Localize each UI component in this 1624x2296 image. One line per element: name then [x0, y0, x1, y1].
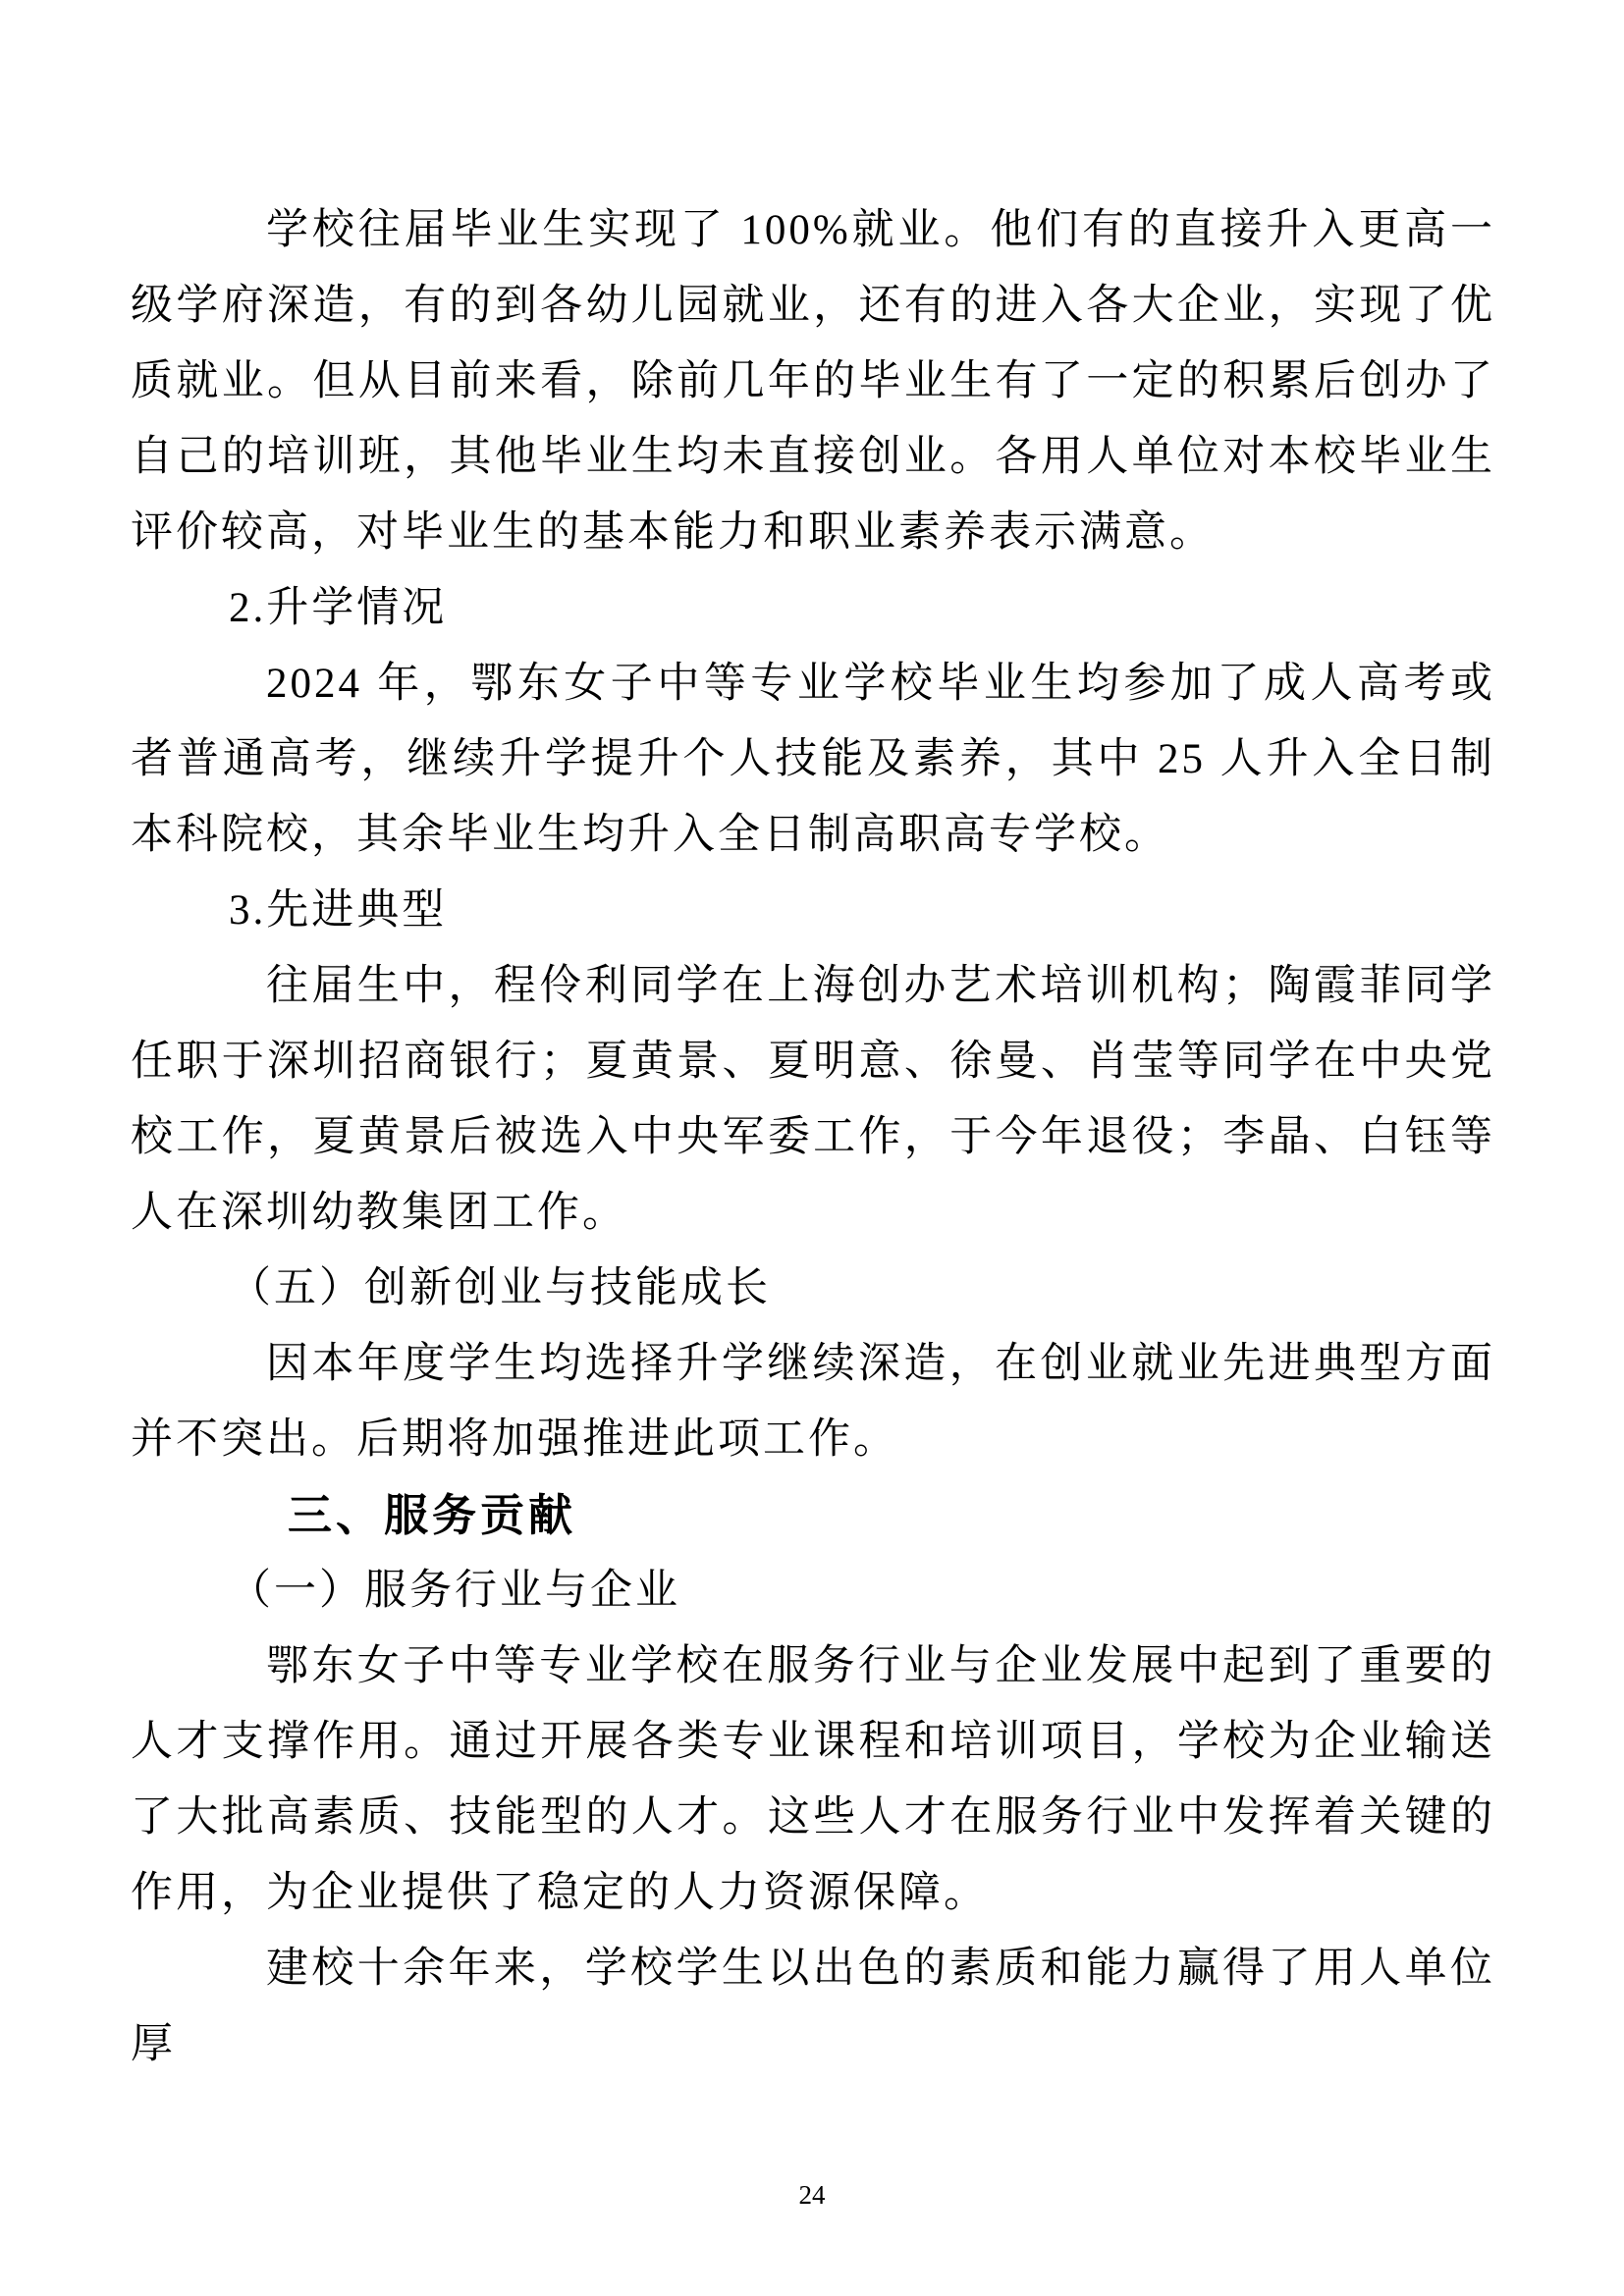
document-page: 学校往届毕业生实现了 100%就业。他们有的直接升入更高一级学府深造，有的到各幼… [0, 0, 1624, 2296]
heading-service-industry-enterprise: （一）服务行业与企业 [131, 1553, 1495, 1629]
heading-advanced-models: 3.先进典型 [131, 873, 1495, 948]
heading-further-study: 2.升学情况 [131, 570, 1495, 646]
document-body: 学校往届毕业生实现了 100%就业。他们有的直接升入更高一级学府深造，有的到各幼… [131, 192, 1495, 2082]
paragraph-innovation-note: 因本年度学生均选择升学继续深造，在创业就业先进典型方面并不突出。后期将加强推进此… [131, 1326, 1495, 1477]
heading-service-contribution: 三、服务贡献 [131, 1477, 1495, 1553]
paragraph-alumni-examples: 往届生中，程伶利同学在上海创办艺术培训机构；陶霞菲同学任职于深圳招商银行；夏黄景… [131, 948, 1495, 1251]
paragraph-employment-status: 学校往届毕业生实现了 100%就业。他们有的直接升入更高一级学府深造，有的到各幼… [131, 192, 1495, 570]
paragraph-talent-support: 鄂东女子中等专业学校在服务行业与企业发展中起到了重要的人才支撑作用。通过开展各类… [131, 1629, 1495, 1931]
paragraph-enrollment-2024: 2024 年，鄂东女子中等专业学校毕业生均参加了成人高考或者普通高考，继续升学提… [131, 646, 1495, 873]
heading-innovation-entrepreneurship: （五）创新创业与技能成长 [131, 1251, 1495, 1326]
paragraph-school-history: 建校十余年来，学校学生以出色的素质和能力赢得了用人单位厚 [131, 1931, 1495, 2082]
page-number: 24 [0, 2180, 1624, 2210]
